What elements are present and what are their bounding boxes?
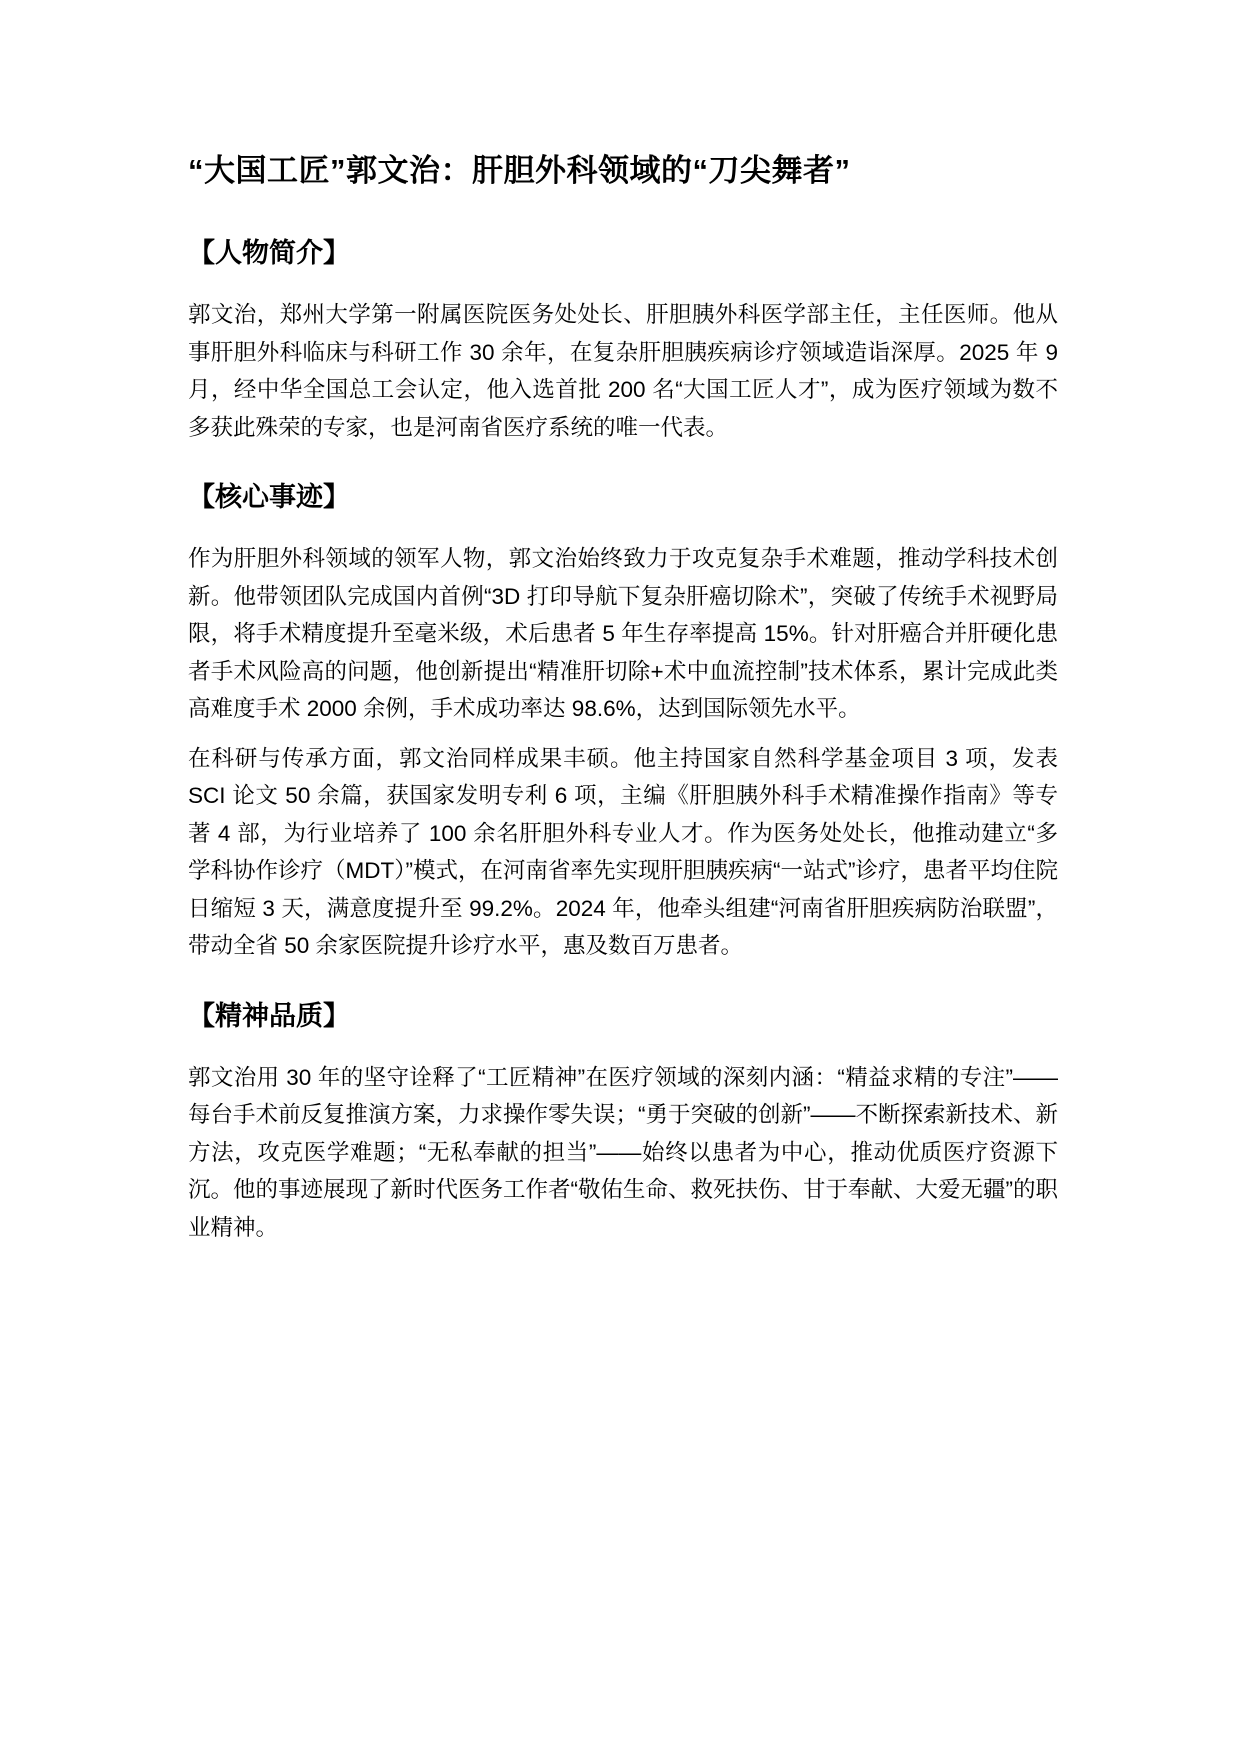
section-heading-profile: 【人物简介】 <box>188 234 1058 272</box>
core-deeds-paragraph-2: 在科研与传承方面，郭文治同样成果丰硕。他主持国家自然科学基金项目 3 项，发表 … <box>188 740 1058 965</box>
document-page: “大国工匠”郭文治：肝胆外科领域的“刀尖舞者” 【人物简介】 郭文治，郑州大学第… <box>0 0 1241 1755</box>
section-heading-spirit: 【精神品质】 <box>188 997 1058 1035</box>
profile-paragraph: 郭文治，郑州大学第一附属医院医务处处长、肝胆胰外科医学部主任，主任医师。他从事肝… <box>188 296 1058 446</box>
spirit-paragraph: 郭文治用 30 年的坚守诠释了“工匠精神”在医疗领域的深刻内涵：“精益求精的专注… <box>188 1059 1058 1247</box>
section-heading-core-deeds: 【核心事迹】 <box>188 478 1058 516</box>
core-deeds-paragraph-1: 作为肝胆外科领域的领军人物，郭文治始终致力于攻克复杂手术难题，推动学科技术创新。… <box>188 540 1058 728</box>
document-title: “大国工匠”郭文治：肝胆外科领域的“刀尖舞者” <box>188 150 1058 192</box>
